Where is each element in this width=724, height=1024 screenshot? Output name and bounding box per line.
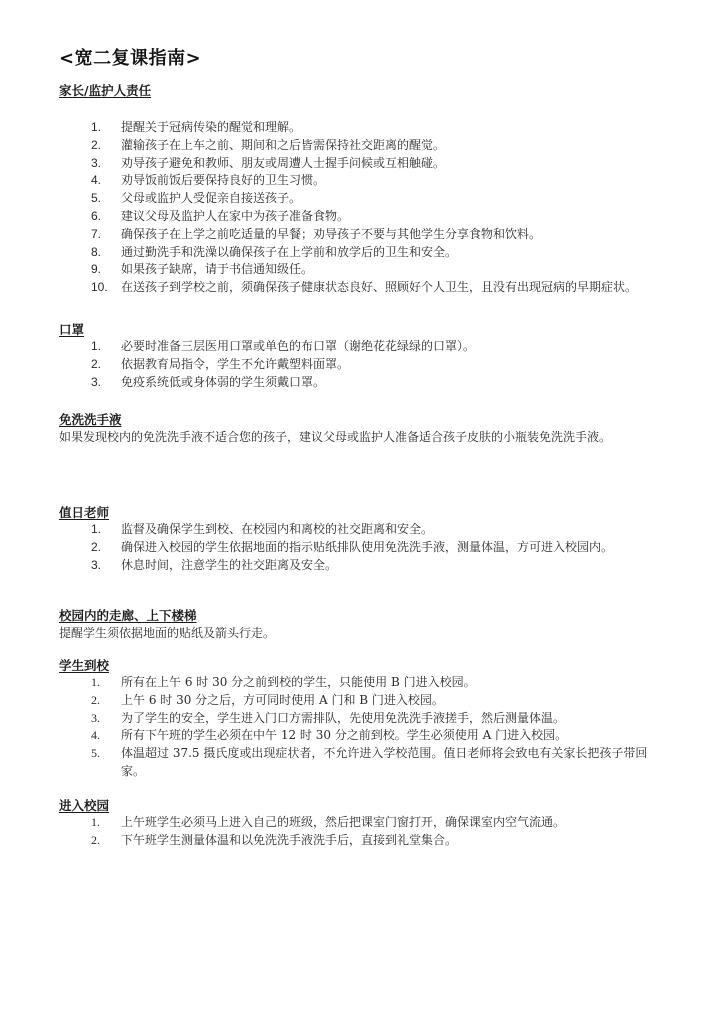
item-text: 确保孩子在上学之前吃适量的早餐；劝导孩子不要与其他学生分享食物和饮料。 <box>121 226 679 244</box>
document-title: <宽二复课指南> <box>59 44 201 70</box>
list-item: 3.休息时间，注意学生的社交距离及安全。 <box>59 557 679 575</box>
item-text: 在送孩子到学校之前，须确保孩子健康状态良好、照顾好个人卫生，且没有出现冠病的早期… <box>121 279 679 297</box>
list-item: 2.依据教育局指令，学生不允许戴塑料面罩。 <box>59 356 679 374</box>
section-heading-parents: 家长/监护人责任 <box>59 82 679 99</box>
list-item: 1.所有在上午 6 时 30 分之前到校的学生，只能使用 B 门进入校园。 <box>59 674 679 692</box>
item-text: 上午班学生必须马上进入自己的班级，然后把课室门窗打开，确保课室内空气流通。 <box>121 814 679 832</box>
item-number: 3. <box>59 557 121 575</box>
list-item: 5.体温超过 37.5 摄氏度或出现症状者，不允许进入学校范围。值日老师将会致电… <box>59 745 679 781</box>
item-text: 必要时准备三层医用口罩或单色的布口罩（谢绝花花绿绿的口罩）。 <box>121 338 679 356</box>
item-number: 3. <box>59 374 121 392</box>
list-item: 2.灌输孩子在上车之前、期间和之后皆需保持社交距离的醒觉。 <box>59 137 679 155</box>
item-text: 提醒关于冠病传染的醒觉和理解。 <box>121 119 679 137</box>
list-item: 1.必要时准备三层医用口罩或单色的布口罩（谢绝花花绿绿的口罩）。 <box>59 338 679 356</box>
list-item: 10.在送孩子到学校之前，须确保孩子健康状态良好、照顾好个人卫生，且没有出现冠病… <box>59 279 679 297</box>
item-text: 劝导孩子避免和教师、朋友或周遭人士握手问候或互相触碰。 <box>121 155 679 173</box>
list-item: 5.父母或监护人受促亲自接送孩子。 <box>59 190 679 208</box>
item-text: 为了学生的安全，学生进入门口方需排队，先使用免洗洗手液搓手，然后测量体温。 <box>121 710 679 728</box>
item-number: 2. <box>59 539 121 557</box>
section-heading-arrival: 学生到校 <box>59 657 679 674</box>
list-item: 3.为了学生的安全，学生进入门口方需排队，先使用免洗洗手液搓手，然后测量体温。 <box>59 710 679 728</box>
item-text: 建议父母及监护人在家中为孩子准备食物。 <box>121 208 679 226</box>
item-number: 3. <box>59 155 121 173</box>
section-corridors: 校园内的走廊、上下楼梯 提醒学生须依据地面的贴纸及箭头行走。 <box>59 607 679 642</box>
list-item: 1.提醒关于冠病传染的醒觉和理解。 <box>59 119 679 137</box>
item-text: 通过勤洗手和洗澡以确保孩子在上学前和放学后的卫生和安全。 <box>121 244 679 262</box>
item-text: 父母或监护人受促亲自接送孩子。 <box>121 190 679 208</box>
item-text: 所有下午班的学生必须在中午 12 时 30 分之前到校。学生必须使用 A 门进入… <box>121 727 679 745</box>
item-number: 4. <box>59 172 121 190</box>
entering-list: 1.上午班学生必须马上进入自己的班级，然后把课室门窗打开，确保课室内空气流通。 … <box>59 814 679 850</box>
list-item: 4.劝导饭前饭后要保持良好的卫生习惯。 <box>59 172 679 190</box>
list-item: 4.所有下午班的学生必须在中午 12 时 30 分之前到校。学生必须使用 A 门… <box>59 727 679 745</box>
list-item: 1.监督及确保学生到校、在校园内和离校的社交距离和安全。 <box>59 521 679 539</box>
section-masks: 口罩 1.必要时准备三层医用口罩或单色的布口罩（谢绝花花绿绿的口罩）。 2.依据… <box>59 321 679 391</box>
section-heading-sanitizer: 免洗洗手液 <box>59 411 679 428</box>
section-heading-entering: 进入校园 <box>59 797 679 814</box>
item-number: 1. <box>59 814 121 832</box>
item-number: 8. <box>59 244 121 262</box>
item-text: 上午 6 时 30 分之后，方可同时使用 A 门和 B 门进入校园。 <box>121 692 679 710</box>
item-number: 10. <box>59 279 121 297</box>
section-duty-teacher: 值日老师 1.监督及确保学生到校、在校园内和离校的社交距离和安全。 2.确保进入… <box>59 504 679 574</box>
list-item: 9.如果孩子缺席，请于书信通知级任。 <box>59 261 679 279</box>
item-number: 2. <box>59 832 121 850</box>
section-parents: 家长/监护人责任 1.提醒关于冠病传染的醒觉和理解。 2.灌输孩子在上车之前、期… <box>59 82 679 297</box>
item-text: 免疫系统低或身体弱的学生须戴口罩。 <box>121 374 679 392</box>
item-text: 依据教育局指令，学生不允许戴塑料面罩。 <box>121 356 679 374</box>
arrival-list: 1.所有在上午 6 时 30 分之前到校的学生，只能使用 B 门进入校园。 2.… <box>59 674 679 781</box>
section-entering: 进入校园 1.上午班学生必须马上进入自己的班级，然后把课室门窗打开，确保课室内空… <box>59 797 679 850</box>
item-text: 劝导饭前饭后要保持良好的卫生习惯。 <box>121 172 679 190</box>
item-number: 6. <box>59 208 121 226</box>
section-sanitizer: 免洗洗手液 如果发现校内的免洗洗手液不适合您的孩子，建议父母或监护人准备适合孩子… <box>59 411 679 446</box>
section-heading-duty-teacher: 值日老师 <box>59 504 679 521</box>
item-text: 如果孩子缺席，请于书信通知级任。 <box>121 261 679 279</box>
section-heading-masks: 口罩 <box>59 321 679 338</box>
section-arrival: 学生到校 1.所有在上午 6 时 30 分之前到校的学生，只能使用 B 门进入校… <box>59 657 679 781</box>
item-number: 5. <box>59 745 121 781</box>
item-text: 灌输孩子在上车之前、期间和之后皆需保持社交距离的醒觉。 <box>121 137 679 155</box>
item-number: 1. <box>59 521 121 539</box>
masks-list: 1.必要时准备三层医用口罩或单色的布口罩（谢绝花花绿绿的口罩）。 2.依据教育局… <box>59 338 679 391</box>
item-text: 所有在上午 6 时 30 分之前到校的学生，只能使用 B 门进入校园。 <box>121 674 679 692</box>
item-number: 4. <box>59 727 121 745</box>
item-text: 下午班学生测量体温和以免洗洗手液洗手后，直接到礼堂集合。 <box>121 832 679 850</box>
item-text: 确保进入校园的学生依据地面的指示贴纸排队使用免洗洗手液，测量体温，方可进入校园内… <box>121 539 679 557</box>
item-number: 1. <box>59 338 121 356</box>
parents-list: 1.提醒关于冠病传染的醒觉和理解。 2.灌输孩子在上车之前、期间和之后皆需保持社… <box>59 119 679 297</box>
list-item: 1.上午班学生必须马上进入自己的班级，然后把课室门窗打开，确保课室内空气流通。 <box>59 814 679 832</box>
document-page: <宽二复课指南> 家长/监护人责任 1.提醒关于冠病传染的醒觉和理解。 2.灌输… <box>0 0 724 1024</box>
list-item: 8.通过勤洗手和洗澡以确保孩子在上学前和放学后的卫生和安全。 <box>59 244 679 262</box>
item-text: 监督及确保学生到校、在校园内和离校的社交距离和安全。 <box>121 521 679 539</box>
item-number: 7. <box>59 226 121 244</box>
item-number: 3. <box>59 710 121 728</box>
list-item: 2.上午 6 时 30 分之后，方可同时使用 A 门和 B 门进入校园。 <box>59 692 679 710</box>
list-item: 2.确保进入校园的学生依据地面的指示贴纸排队使用免洗洗手液，测量体温，方可进入校… <box>59 539 679 557</box>
list-item: 6.建议父母及监护人在家中为孩子准备食物。 <box>59 208 679 226</box>
duty-teacher-list: 1.监督及确保学生到校、在校园内和离校的社交距离和安全。 2.确保进入校园的学生… <box>59 521 679 574</box>
corridors-paragraph: 提醒学生须依据地面的贴纸及箭头行走。 <box>59 624 679 642</box>
item-text: 休息时间，注意学生的社交距离及安全。 <box>121 557 679 575</box>
item-number: 1. <box>59 119 121 137</box>
section-heading-corridors: 校园内的走廊、上下楼梯 <box>59 607 679 624</box>
item-number: 9. <box>59 261 121 279</box>
item-number: 5. <box>59 190 121 208</box>
item-number: 2. <box>59 137 121 155</box>
list-item: 3.免疫系统低或身体弱的学生须戴口罩。 <box>59 374 679 392</box>
item-text: 体温超过 37.5 摄氏度或出现症状者，不允许进入学校范围。值日老师将会致电有关… <box>121 745 679 781</box>
item-number: 2. <box>59 692 121 710</box>
item-number: 2. <box>59 356 121 374</box>
item-number: 1. <box>59 674 121 692</box>
list-item: 7.确保孩子在上学之前吃适量的早餐；劝导孩子不要与其他学生分享食物和饮料。 <box>59 226 679 244</box>
list-item: 2.下午班学生测量体温和以免洗洗手液洗手后，直接到礼堂集合。 <box>59 832 679 850</box>
list-item: 3.劝导孩子避免和教师、朋友或周遭人士握手问候或互相触碰。 <box>59 155 679 173</box>
sanitizer-paragraph: 如果发现校内的免洗洗手液不适合您的孩子，建议父母或监护人准备适合孩子皮肤的小瓶装… <box>59 428 679 446</box>
